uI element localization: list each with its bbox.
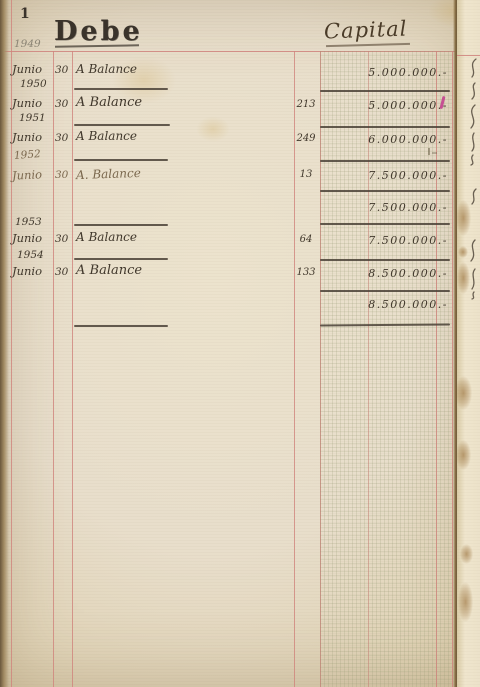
amount-column-rule — [368, 51, 369, 687]
entry-description: A Balance — [76, 263, 142, 278]
closing-line-amount — [320, 90, 450, 92]
foxing-stain — [196, 116, 230, 142]
closing-line-description — [74, 325, 168, 327]
stain — [456, 440, 471, 470]
ink-smudge — [432, 152, 437, 154]
account-title-flourish — [326, 43, 410, 47]
page-number: 1 — [20, 6, 30, 22]
entry-description: A Balance — [76, 95, 142, 110]
closing-line-amount — [320, 160, 450, 162]
stain — [457, 262, 470, 294]
entry-folio: 13 — [294, 169, 318, 180]
cents-column-rule — [436, 51, 437, 687]
entry-year: 1949 — [14, 38, 41, 50]
entry-description: A Balance — [76, 129, 137, 143]
stain — [458, 582, 473, 622]
account-title: Capital — [324, 17, 408, 44]
carried-total-amount: 7.500.000.- — [336, 201, 448, 214]
entry-month: Junio — [12, 231, 42, 245]
ink-smudge — [428, 148, 430, 155]
stain — [458, 246, 468, 258]
ledger-page: 1 Debe Capital 1949 Junio 30 A Balance 5… — [0, 0, 480, 687]
entry-folio: 249 — [294, 133, 318, 144]
entry-month: Junio — [12, 96, 42, 110]
closing-line-description — [74, 159, 168, 161]
entry-day: 30 — [55, 132, 68, 144]
closing-line-description — [74, 124, 170, 126]
closing-line-amount — [320, 223, 450, 225]
stain — [455, 376, 472, 410]
closing-line-description — [74, 258, 168, 260]
closing-line-description — [74, 224, 168, 226]
entry-description: A Balance — [76, 62, 137, 76]
entry-description: A Balance — [76, 230, 137, 244]
scan-edge — [0, 0, 9, 687]
entry-year: 1952 — [14, 148, 42, 162]
entry-year: 1951 — [19, 112, 46, 124]
closing-line-amount — [320, 126, 450, 128]
stain — [456, 200, 471, 236]
closing-line-amount — [320, 290, 450, 292]
entry-day: 30 — [55, 233, 68, 245]
closing-line-amount — [320, 190, 450, 192]
entry-day: 30 — [55, 266, 68, 278]
entry-amount: 7.500.000.- — [336, 169, 448, 182]
entry-day: 30 — [55, 64, 68, 76]
entry-month: Junio — [12, 264, 42, 278]
amount-quadrille-grid — [320, 51, 453, 687]
entry-year: 1950 — [20, 78, 47, 90]
entry-day: 30 — [55, 98, 68, 110]
entry-amount: 7.500.000.- — [336, 234, 448, 247]
entry-year: 1953 — [15, 216, 42, 228]
entry-description: A. Balance — [76, 166, 141, 182]
debit-header-flourish — [55, 44, 139, 47]
entry-amount: 6.000.000.- — [336, 133, 448, 146]
stain — [460, 544, 473, 564]
closing-line-description — [74, 88, 168, 90]
carried-total-amount: 8.500.000.- — [336, 298, 448, 311]
entry-folio: 133 — [294, 267, 318, 278]
closing-line-amount — [320, 259, 450, 261]
entry-year: 1954 — [17, 249, 44, 261]
entry-folio: 64 — [294, 234, 318, 245]
entry-folio: 213 — [294, 99, 318, 110]
facing-page-handwriting — [463, 56, 480, 166]
debit-header: Debe — [54, 16, 143, 47]
entry-amount: 5.000.000.- — [336, 66, 448, 79]
entry-amount: 8.500.000.- — [336, 267, 448, 280]
date-column-rule — [53, 51, 54, 687]
entry-month: Junio — [12, 167, 43, 183]
folio-column-rule-left — [294, 51, 295, 687]
entry-amount: 5.000.000.- — [336, 99, 448, 112]
entry-month: Junio — [12, 62, 42, 76]
day-column-rule — [72, 51, 73, 687]
entry-day: 30 — [55, 169, 68, 181]
entry-month: Junio — [12, 130, 42, 144]
